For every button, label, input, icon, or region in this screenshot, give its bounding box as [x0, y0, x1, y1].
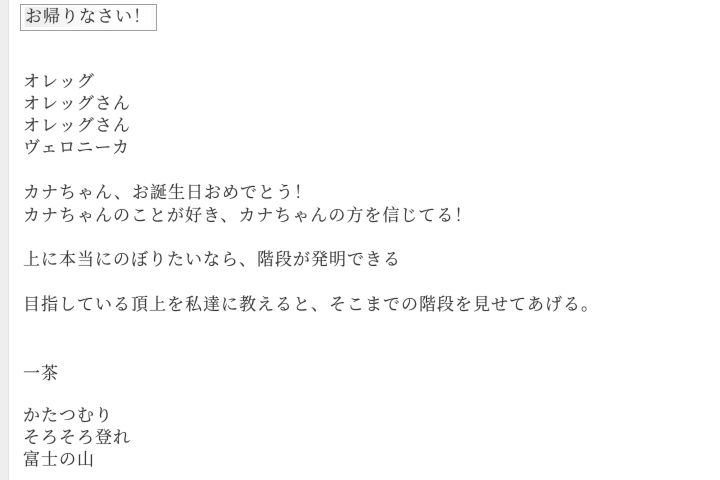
haiku-line: そろそろ登れ — [23, 428, 131, 448]
name-line: オレッグさん — [23, 94, 131, 114]
greeting-selection-box[interactable]: お帰りなさい！ — [20, 4, 157, 31]
name-line: オレッグ — [23, 72, 95, 92]
page-left-edge — [0, 0, 9, 480]
stairs-line: 上に本当にのぼりたいなら、階段が発明できる — [23, 250, 401, 270]
name-line: ヴェロニーカ — [23, 138, 130, 158]
name-line: オレッグさん — [23, 116, 131, 136]
document-page: お帰りなさい！ オレッグ オレッグさん オレッグさん ヴェロニーカ カナちゃん、… — [0, 0, 720, 480]
birthday-line: カナちゃん、お誕生日おめでとう！ — [23, 183, 312, 203]
poet-line: 一茶 — [23, 364, 59, 384]
haiku-line: かたつむり — [23, 406, 113, 426]
greeting-text: お帰りなさい！ — [25, 7, 151, 27]
stairs-line: 目指している頂上を私達に教えると、そこまでの階段を見せてあげる。 — [23, 295, 599, 315]
haiku-line: 富士の山 — [23, 450, 95, 470]
birthday-line: カナちゃんのことが好き、カナちゃんの方を信じてる！ — [23, 206, 472, 226]
